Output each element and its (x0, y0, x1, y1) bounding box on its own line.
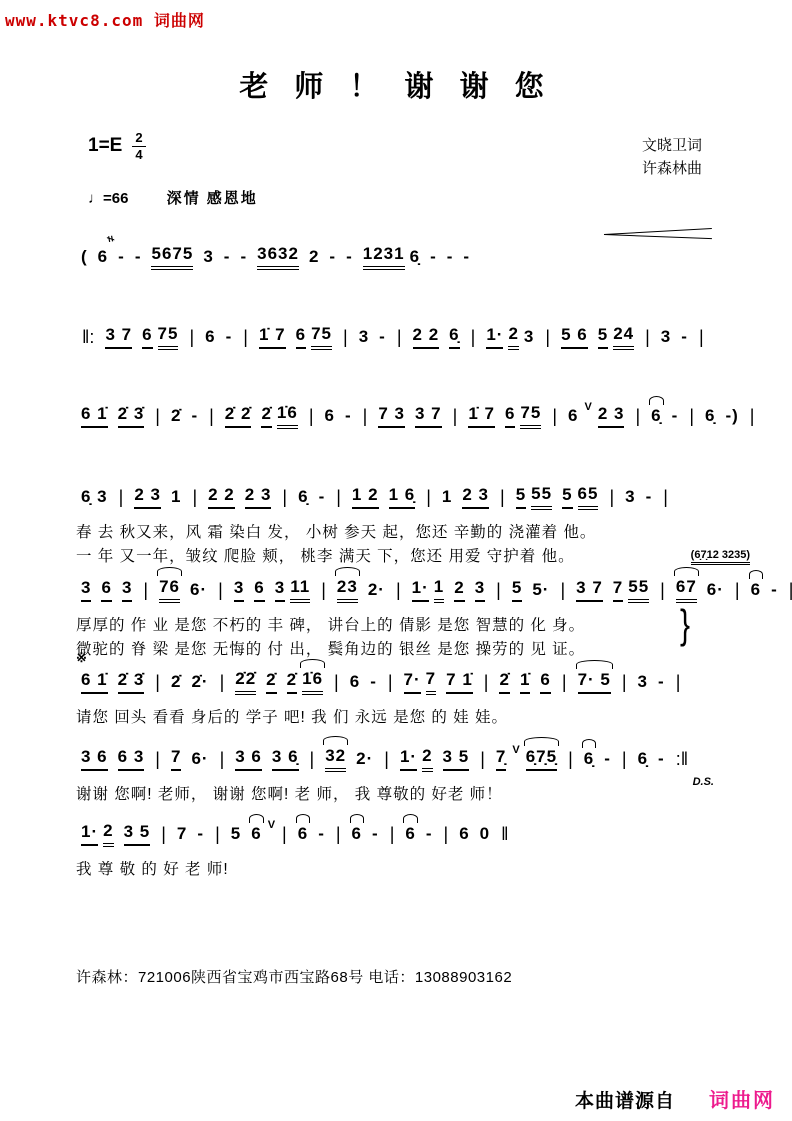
barline: | (660, 580, 665, 601)
note-group: 7 3 (378, 404, 405, 427)
note-group: 3 7 (105, 325, 132, 348)
note-group: 1̇6 (302, 669, 323, 694)
barline: | (645, 327, 650, 348)
note-group: 3 (625, 487, 635, 507)
note-group: - (240, 247, 247, 267)
note-group: 3 6̣ (272, 747, 299, 770)
note-group: 2 (422, 746, 432, 771)
note-group: 1231 (363, 244, 405, 269)
note-group: 3 (661, 327, 671, 347)
barline: | (218, 580, 223, 601)
note-group: 6 (101, 578, 111, 601)
note-group: 6̣ (584, 749, 594, 769)
notes-row: (6≠--56753--36322--12316̣--- (76, 242, 736, 272)
note-group: 3 (275, 578, 285, 601)
notes-row: 6̣ 3|2 31|2 22 3|6̣-|1 21 6̣|12 3|555565… (76, 482, 736, 512)
barline: | (334, 672, 339, 693)
note-group: 75 (311, 324, 332, 349)
note-group: 6 (142, 325, 152, 348)
dal-segno-label: D.S. (693, 776, 714, 788)
barline: | (155, 406, 160, 427)
note-group: 6 (251, 824, 261, 844)
note-group: - (604, 749, 611, 769)
note-group: 6̣ (651, 406, 661, 426)
note-group: 3 (638, 672, 648, 692)
barline: | (622, 749, 627, 770)
mordent-ornament-icon: ≠ (102, 235, 116, 244)
note-group: 2̇ 3̇ (118, 670, 145, 693)
barline: | (309, 406, 314, 427)
note-group: 1· (81, 822, 98, 845)
barline: | (453, 406, 458, 427)
note-group: - (319, 487, 326, 507)
barline: | (336, 824, 341, 845)
barline: | (282, 824, 287, 845)
note-group: 6̣ (638, 749, 648, 769)
note-group: - (197, 824, 204, 844)
lyrics-line: 我 尊 敬 的 好 老 师! (76, 857, 736, 879)
note-group: 2 (309, 247, 319, 267)
note-group: 23 (337, 577, 358, 602)
barline: | (119, 487, 124, 508)
note-group: 6 (540, 670, 550, 693)
barline: | (635, 406, 640, 427)
note-group: - (118, 247, 125, 267)
note-group: - (426, 824, 433, 844)
note-group: 2 3 (134, 485, 161, 508)
note-group: 75 (520, 403, 541, 428)
note-group: 2 2 (413, 325, 440, 348)
note-group: 7· 5 (578, 670, 611, 693)
note-group: 2̇ (266, 670, 276, 693)
note-group: 6 (205, 327, 215, 347)
barline: | (363, 406, 368, 427)
note-group: 7 (426, 669, 436, 694)
barline: | (209, 406, 214, 427)
notes-row: 6 1̇2̇ 3̇|2̇-|2̇ 2̇2̇1̇6|6-|7 33 7|1̇ 76… (76, 401, 736, 431)
note-group: 2̇· (191, 672, 208, 692)
note-group: 6̣7̣5̣ (526, 747, 557, 770)
note-group: 3 5 (124, 822, 151, 845)
note-group: - (681, 327, 688, 347)
note-group: 7· (404, 670, 421, 693)
note-group: 3 (475, 578, 485, 601)
note-group: 2 3 (598, 404, 625, 427)
note-group: - (658, 672, 665, 692)
segno-icon: ※ (76, 650, 87, 666)
note-group: 3 (203, 247, 213, 267)
note-group: 5 6 (561, 325, 588, 348)
note-group: 6 (405, 824, 415, 844)
barline: | (390, 824, 395, 845)
cue-notes: (6̣7̣12 3235) (691, 549, 750, 565)
note-group: 11 (290, 577, 310, 602)
music-system: 363|766·|36311|232·|1·123|55·|3 7755|676… (76, 575, 736, 659)
barline: | (189, 327, 194, 348)
note-group: 2 (103, 821, 113, 846)
lyrics-brace: } (680, 603, 690, 649)
note-group: 6 (298, 824, 308, 844)
note-group: 0 (480, 824, 490, 844)
note-group: 3 7 (415, 404, 442, 427)
note-group: 6 (352, 824, 362, 844)
note-group: - (135, 247, 142, 267)
notes-row: ‖:3 7675|6-|1̇ 7675|3-|2 26̣|1·23|5 6524… (76, 322, 736, 352)
note-group: 2 (508, 324, 518, 349)
barline: | (500, 487, 505, 508)
note-group: - (345, 406, 352, 426)
note-group: - (346, 247, 353, 267)
note-group: - (672, 406, 679, 426)
note-group: 1 2 (352, 485, 379, 508)
note-group: 6 (350, 672, 360, 692)
barline: | (388, 672, 393, 693)
barline: | (699, 327, 704, 348)
note-group: 75 (158, 324, 179, 349)
notes-row: 1·23 5|7-|56V|6-|6-|6-|60‖ (76, 819, 736, 849)
barline: | (484, 672, 489, 693)
note-group: 5· (532, 580, 549, 600)
note-group: - (658, 749, 665, 769)
note-group: 2 3 (245, 485, 272, 508)
note-group: 1̇ (520, 670, 530, 693)
note-group: -) (725, 406, 738, 426)
lyrics-line: 春 去 秋又来，风 霜 染白 发， 小树 参天 起，您还 辛勤的 浇灌着 他。 (76, 520, 736, 542)
note-group: 6 1̇ (81, 404, 108, 427)
note-group: 6̣ (449, 325, 459, 348)
note-group: 1 (442, 487, 452, 507)
note-group: 6̣ 3 (81, 487, 108, 507)
note-group: - (224, 247, 231, 267)
contact-address: 许森林：721006陕西省宝鸡市西宝路68号 电话：13088903162 (76, 966, 512, 987)
note-group: 3 (359, 327, 369, 347)
note-group: 6 3 (118, 747, 145, 770)
note-group: - (771, 580, 778, 600)
note-group: - (226, 327, 233, 347)
note-group: - (646, 487, 653, 507)
barline: | (560, 580, 565, 601)
note-group: 6≠ (98, 247, 108, 267)
note-group: 1· (412, 578, 429, 601)
note-group: 7̣ (496, 747, 506, 770)
barline: | (282, 487, 287, 508)
barline: | (562, 672, 567, 693)
note-group: - (430, 247, 437, 267)
music-system: 6 1̇2̇ 3̇|2̇-|2̇ 2̇2̇1̇6|6-|7 33 7|1̇ 76… (76, 401, 736, 431)
note-group: 6 (254, 578, 264, 601)
barline: :‖ (676, 749, 688, 770)
barline: | (545, 327, 550, 348)
lyrics-line: 请您 回头 看看 身后的 学子 吧! 我 们 永远 是您 的 娃 娃。 (76, 705, 736, 727)
note-group: 1· (486, 325, 503, 348)
note-group: 2· (356, 749, 373, 769)
note-group: 1̇ 7 (468, 404, 495, 427)
barline: | (310, 749, 315, 770)
note-group: 3 (122, 578, 132, 601)
note-group: 2̇ (287, 670, 297, 693)
note-group: 3 (524, 327, 534, 347)
music-system: 1·23 5|7-|56V|6-|6-|6-|60‖我 尊 敬 的 好 老 师! (76, 819, 736, 879)
note-group: 2 2 (208, 485, 235, 508)
note-group: 6 (751, 580, 761, 600)
barline: | (155, 749, 160, 770)
barline: | (215, 824, 220, 845)
note-group: 2 3 (462, 485, 489, 508)
note-group: 7 (177, 824, 187, 844)
note-group: 6· (707, 580, 724, 600)
breath-mark: V (268, 819, 275, 831)
note-group: 1 (171, 487, 181, 507)
barline: | (480, 749, 485, 770)
note-group: 65 (578, 484, 599, 509)
note-group: 3 5 (443, 747, 470, 770)
note-group: 3 (81, 578, 91, 601)
barline: | (155, 672, 160, 693)
note-group: 5 (598, 325, 608, 348)
barline: | (676, 672, 681, 693)
barline: | (735, 580, 740, 601)
note-group: 24 (613, 324, 634, 349)
barline: | (243, 327, 248, 348)
note-group: - (370, 672, 377, 692)
note-group: 2̇ (261, 404, 271, 427)
score-area: (6≠--56753--36322--12316̣---‖:3 7675|6-|… (0, 0, 792, 1121)
note-group: 3 6 (81, 747, 108, 770)
barline: | (321, 580, 326, 601)
barline: | (568, 749, 573, 770)
note-group: 6̣ (410, 247, 420, 267)
notes-row: 363|766·|36311|232·|1·123|55·|3 7755|676… (76, 575, 736, 605)
barline: | (663, 487, 668, 508)
note-group: 1 (434, 577, 444, 602)
music-system: 6̣ 3|2 31|2 22 3|6̣-|1 21 6̣|12 3|555565… (76, 482, 736, 566)
note-group: - (372, 824, 379, 844)
note-group: 55 (628, 577, 649, 602)
note-group: 2 (454, 578, 464, 601)
notes-row: 3 66 3|76·|3 63 6̣|322·|1·23 5|7̣V6̣7̣5̣… (76, 744, 736, 774)
lyrics-line: 微驼的 脊 梁 是您 无悔的 付 出， 鬓角边的 银丝 是您 操劳的 见 证。 (76, 637, 736, 659)
note-group: - (379, 327, 386, 347)
barline: | (552, 406, 557, 427)
note-group: 5 (512, 578, 522, 601)
note-group: 2̇ (171, 672, 181, 692)
note-group: 6 (568, 406, 578, 426)
note-group: 7 1̇ (446, 670, 473, 693)
barline: | (161, 824, 166, 845)
barline: | (609, 487, 614, 508)
barline: ‖ (501, 824, 508, 845)
note-group: - (329, 247, 336, 267)
music-system: 3 66 3|76·|3 63 6̣|322·|1·23 5|7̣V6̣7̣5̣… (76, 744, 736, 804)
note-group: - (463, 247, 470, 267)
note-group: 5 (231, 824, 241, 844)
barline: | (471, 327, 476, 348)
note-group: 6 (325, 406, 335, 426)
note-group: 1̇6 (277, 403, 298, 428)
note-group: ( (81, 247, 88, 267)
barline: | (397, 327, 402, 348)
notes-row: 6 1̇2̇ 3̇|2̇2̇·|2̇2̇2̇2̇1̇6|6-|7·77 1̇|2… (76, 667, 736, 697)
note-group: 6· (191, 749, 208, 769)
barline: | (336, 487, 341, 508)
note-group: 7 (613, 578, 623, 601)
note-group: 1 6̣ (389, 485, 416, 508)
note-group: 2̇ 3̇ (118, 404, 145, 427)
note-group: 6̣ (298, 487, 308, 507)
music-system: 6 1̇2̇ 3̇|2̇2̇·|2̇2̇2̇2̇1̇6|6-|7·77 1̇|2… (76, 667, 736, 727)
note-group: 5675 (151, 244, 193, 269)
barline: | (143, 580, 148, 601)
note-group: 5 (516, 485, 526, 508)
note-group: 6 (505, 404, 515, 427)
note-group: 3 6 (235, 747, 262, 770)
barline: ‖: (82, 327, 94, 348)
barline: | (220, 749, 225, 770)
note-group: 6 (296, 325, 306, 348)
barline: | (622, 672, 627, 693)
lyrics-line: 一 年 又一年，皱纹 爬脸 颊， 桃李 满天 下，您还 用爱 守护着 他。 (76, 544, 736, 566)
note-group: 2̇ (499, 670, 509, 693)
note-group: 2· (368, 580, 385, 600)
note-group: - (191, 406, 198, 426)
barline: | (384, 749, 389, 770)
crescendo-hairpin-icon (604, 228, 712, 240)
note-group: 76 (159, 577, 180, 602)
barline: | (192, 487, 197, 508)
note-group: 3 7 (576, 578, 603, 601)
note-group: 6 (459, 824, 469, 844)
note-group: 6̣ (705, 406, 715, 426)
barline: | (496, 580, 501, 601)
note-group: 3632 (257, 244, 299, 269)
barline: | (444, 824, 449, 845)
site-logo: 词曲网 (709, 1084, 775, 1113)
barline: | (396, 580, 401, 601)
music-system: (6≠--56753--36322--12316̣--- (76, 242, 736, 272)
lyrics-line: 厚厚的 作 业 是您 不朽的 丰 碑， 讲台上的 倩影 是您 智慧的 化 身。 (76, 613, 736, 635)
source-label: 本曲谱源自 (575, 1086, 675, 1113)
note-group: 67 (676, 577, 697, 602)
barline: | (689, 406, 694, 427)
breath-mark: V (585, 401, 592, 413)
note-group: 32 (325, 746, 346, 771)
note-group: 5 (562, 485, 572, 508)
breath-mark: V (512, 744, 519, 756)
music-system: ‖:3 7675|6-|1̇ 7675|3-|2 26̣|1·23|5 6524… (76, 322, 736, 352)
note-group: 55 (531, 484, 552, 509)
note-group: - (447, 247, 454, 267)
note-group: 2̇2̇ (235, 669, 256, 694)
barline: | (220, 672, 225, 693)
note-group: 1̇ 7 (259, 325, 286, 348)
note-group: 2̇ 2̇ (225, 404, 252, 427)
note-group: 1· (400, 747, 417, 770)
note-group: 7 (171, 747, 181, 770)
note-group: - (318, 824, 325, 844)
lyrics-line: 谢谢 您啊! 老师， 谢谢 您啊! 老 师， 我 尊敬的 好老 师！ (76, 782, 736, 804)
note-group: 3 (234, 578, 244, 601)
barline: | (343, 327, 348, 348)
note-group: 2̇ (171, 406, 181, 426)
barline: | (750, 406, 755, 427)
note-group: 6· (190, 580, 207, 600)
barline: | (426, 487, 431, 508)
note-group: 6 1̇ (81, 670, 108, 693)
